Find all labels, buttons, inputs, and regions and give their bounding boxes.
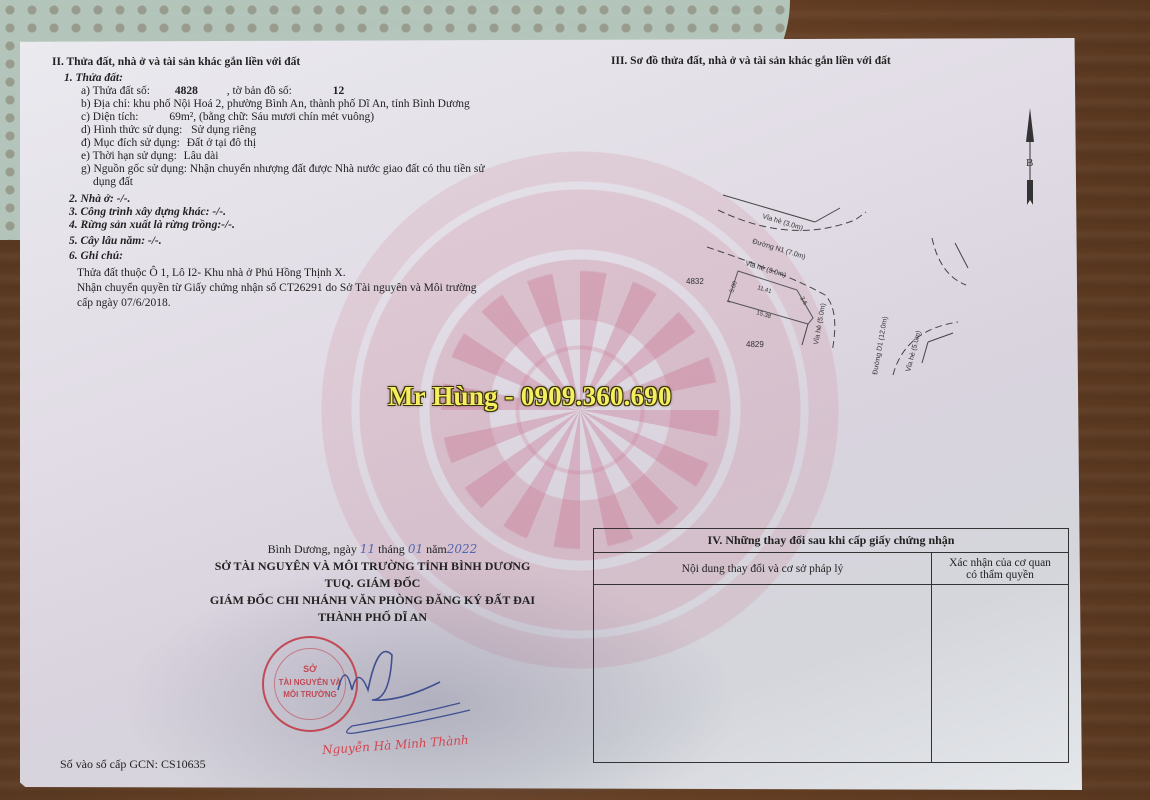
changes-table: IV. Những thay đổi sau khi cấp giấy chứn… — [593, 528, 1069, 763]
confirmation-cell — [932, 585, 1069, 763]
changes-column-header: Nội dung thay đổi và cơ sở pháp lý — [594, 553, 932, 585]
section-4-title: IV. Những thay đổi sau khi cấp giấy chứn… — [594, 529, 1069, 553]
confirmation-column-header: Xác nhận của cơ quan có thẩm quyền — [932, 553, 1069, 585]
changes-cell — [594, 585, 932, 763]
registry-number: Số vào sổ cấp GCN: CS10635 — [60, 758, 206, 772]
